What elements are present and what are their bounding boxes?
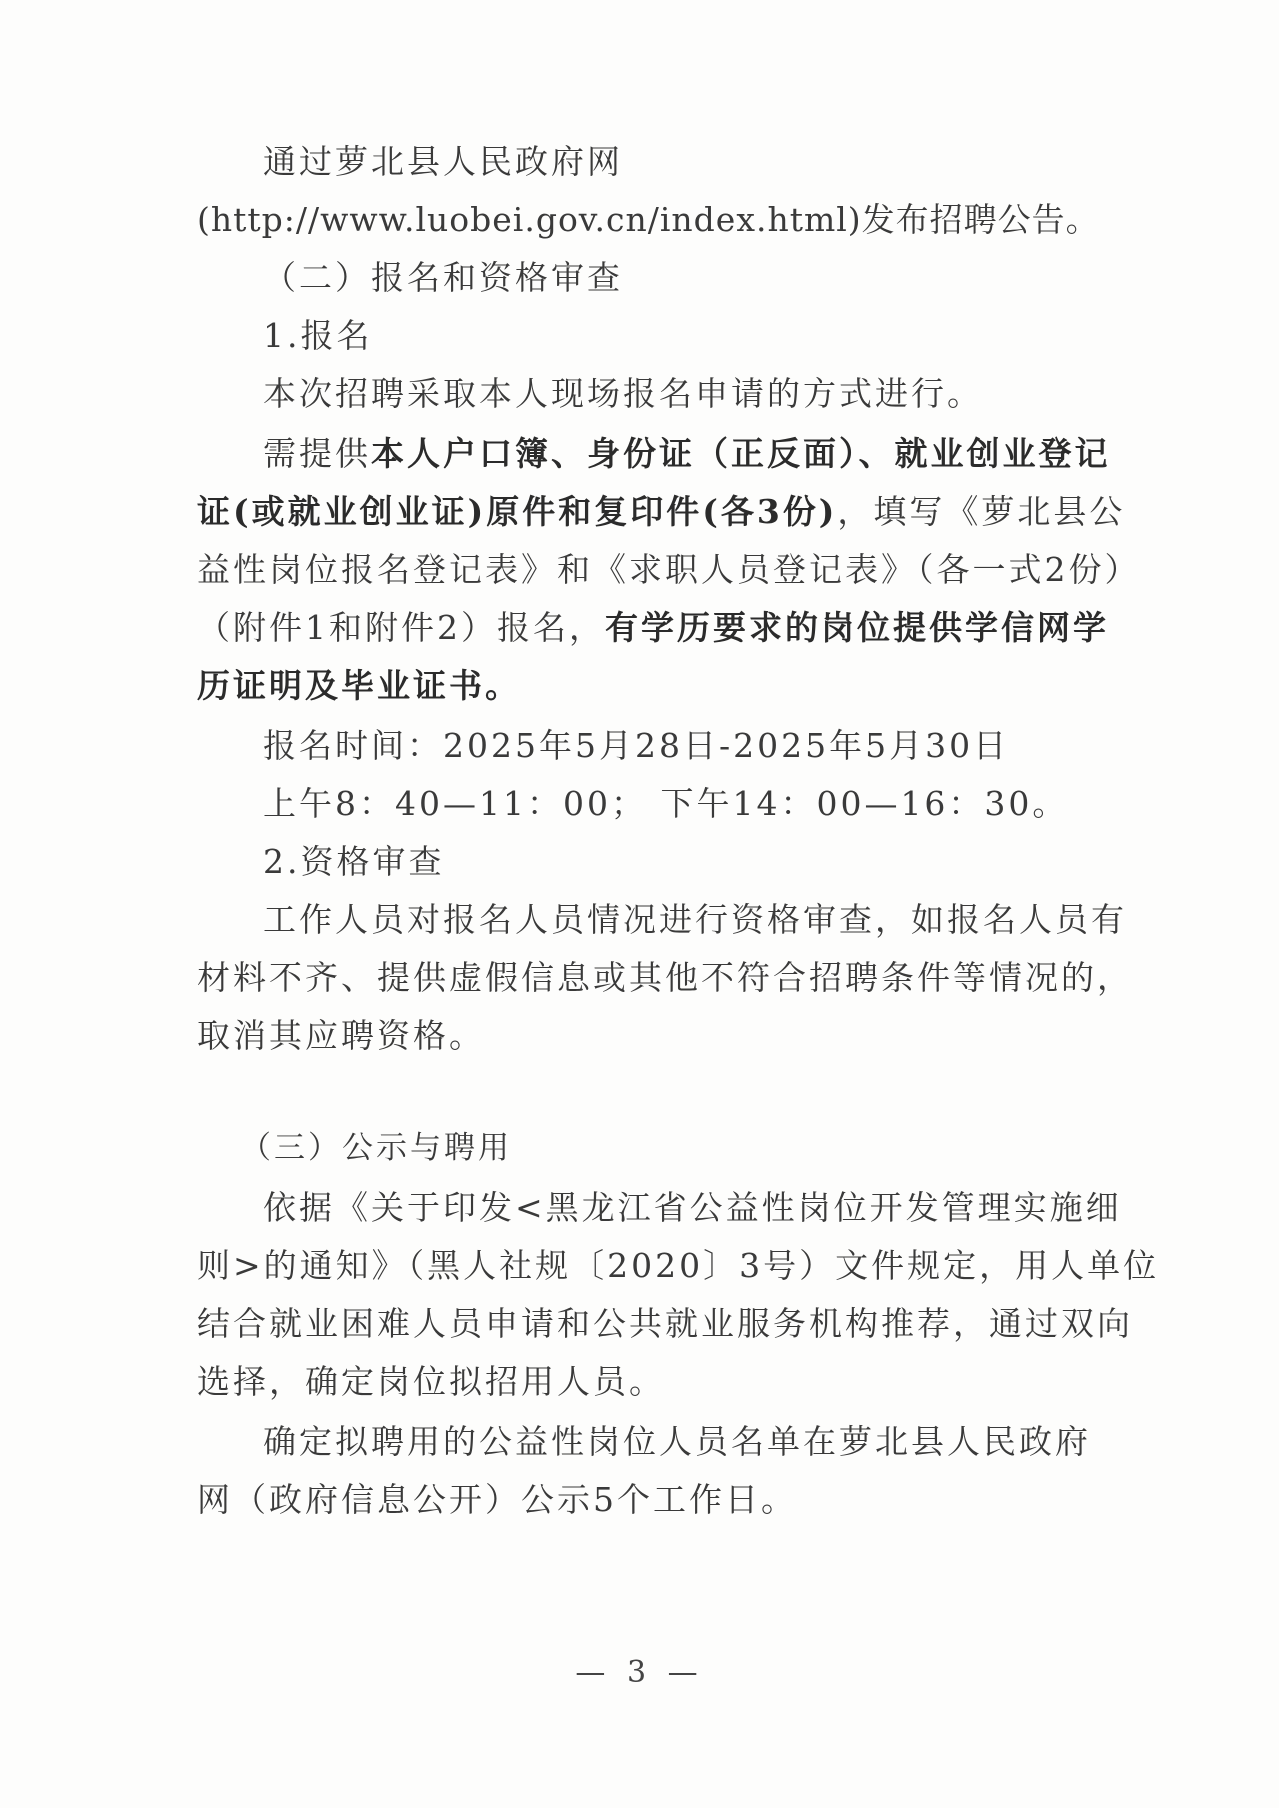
registration-date: 报名时间：2025年5月28日-2025年5月30日: [263, 726, 1009, 766]
paragraph-line: 结合就业困难人员申请和公共就业服务机构推荐，通过双向: [197, 1304, 1133, 1344]
url-line: (http://www.luobei.gov.cn/index.html)发布招…: [197, 200, 1100, 240]
paragraph-line: 网（政府信息公开）公示5个工作日。: [197, 1480, 797, 1520]
paragraph-line: 则>的通知》（黑人社规〔2020〕3号）文件规定，用人单位: [197, 1246, 1159, 1286]
subheading-registration: 1.报名: [263, 316, 373, 356]
section-heading-2: （二）报名和资格审查: [263, 258, 623, 298]
paragraph-line: 证(或就业创业证)原件和复印件(各3份)，填写《萝北县公: [197, 492, 1125, 532]
plain-text: （附件1和附件2）报名，: [197, 608, 605, 647]
paragraph-line: 工作人员对报名人员情况进行资格审查，如报名人员有: [263, 900, 1127, 940]
bold-text: 本人户口簿、身份证（正反面）、就业创业登记: [371, 434, 1111, 473]
paragraph-line: 确定拟聘用的公益性岗位人员名单在萝北县人民政府: [263, 1422, 1091, 1462]
bold-text: 有学历要求的岗位提供学信网学: [605, 608, 1109, 647]
section-heading-3: （三）公示与聘用: [240, 1128, 512, 1168]
plain-text: ，填写《萝北县公: [837, 492, 1125, 531]
paragraph-line: 取消其应聘资格。: [197, 1016, 485, 1056]
document-page: 通过萝北县人民政府网 (http://www.luobei.gov.cn/ind…: [0, 0, 1279, 1808]
paragraph-line: 本次招聘采取本人现场报名申请的方式进行。: [263, 374, 983, 414]
paragraph-line: 需提供本人户口簿、身份证（正反面）、就业创业登记: [263, 434, 1111, 474]
paragraph-line: 依据《关于印发<黑龙江省公益性岗位开发管理实施细: [263, 1188, 1122, 1228]
subheading-qualification: 2.资格审查: [263, 842, 445, 882]
paragraph-line: 材料不齐、提供虚假信息或其他不符合招聘条件等情况的，: [197, 958, 1133, 998]
page-number: — 3 —: [0, 1655, 1279, 1690]
registration-hours: 上午8：40—11：00； 下午14：00—16：30。: [263, 784, 1068, 824]
paragraph-line: 选择，确定岗位拟招用人员。: [197, 1362, 665, 1402]
plain-text: 需提供: [263, 434, 371, 473]
paragraph-line: 益性岗位报名登记表》和《求职人员登记表》（各一式2份）: [197, 550, 1141, 590]
paragraph-line: （附件1和附件2）报名，有学历要求的岗位提供学信网学: [197, 608, 1109, 648]
paragraph-line: 通过萝北县人民政府网: [263, 142, 623, 182]
bold-text: 证(或就业创业证)原件和复印件(各3份): [197, 492, 837, 531]
paragraph-line: 历证明及毕业证书。: [197, 666, 521, 706]
